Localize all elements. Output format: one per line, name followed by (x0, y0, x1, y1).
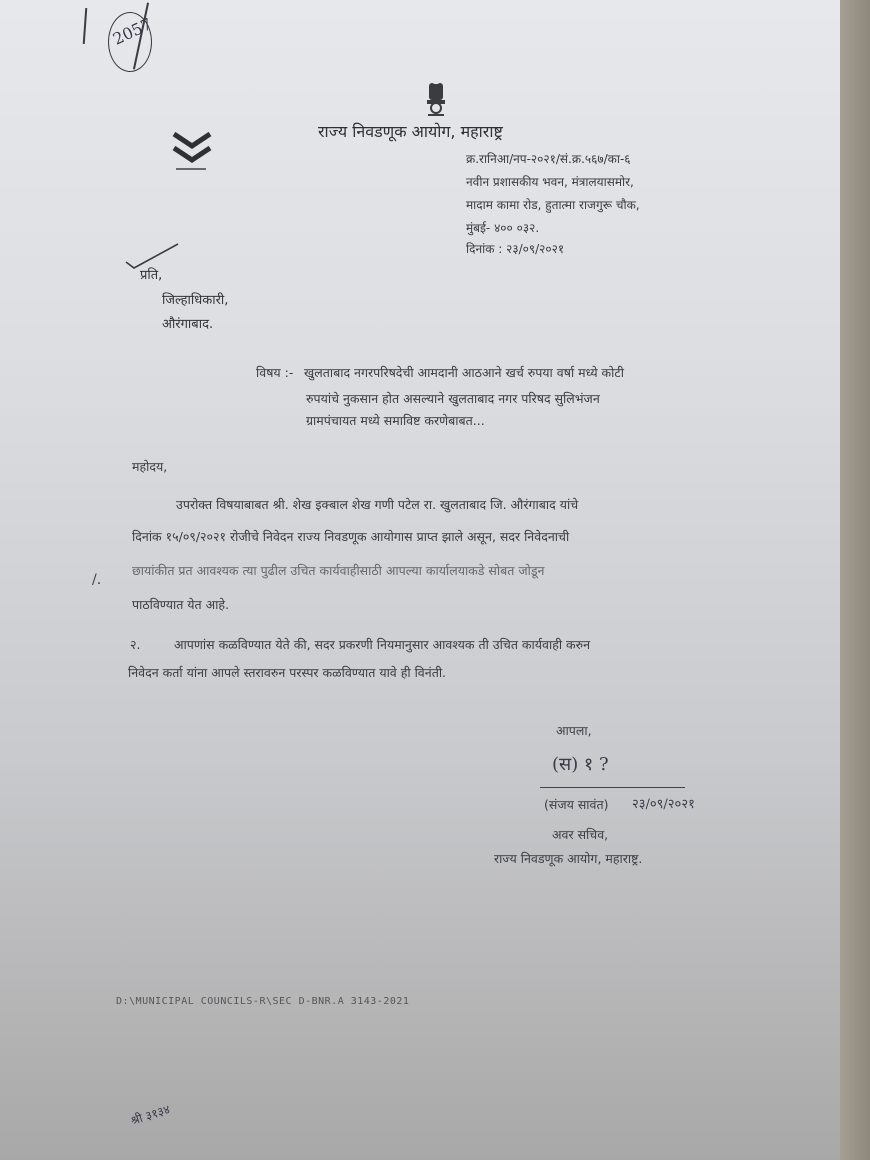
authority-title: राज्य निवडणूक आयोग, महाराष्ट्र (318, 120, 503, 142)
table-surface (840, 0, 870, 1160)
subject-label: विषय :- (256, 364, 293, 381)
recipient-prefix: प्रति, (140, 265, 162, 283)
paragraph-line: पाठविण्यात येत आहे. (132, 596, 229, 613)
recipient-designation: जिल्हाधिकारी, (162, 290, 228, 308)
salutation: महोदय, (132, 458, 167, 475)
signature: (स) १ ? (552, 752, 609, 776)
subject-line: ग्रामपंचायत मध्ये समाविष्ट करणेबाबत... (306, 412, 485, 429)
paragraph-number: २. (130, 636, 140, 653)
reference-number: क्र.रानिआ/नप-२०२१/सं.क्र.५६७/का-६ (466, 150, 631, 167)
national-emblem-icon (420, 80, 452, 120)
address-line: मुंबई- ४०० ०३२. (466, 219, 539, 236)
recipient-place: औरंगाबाद. (162, 314, 213, 332)
letter-page (0, 0, 848, 1160)
signatory-office: राज्य निवडणूक आयोग, महाराष्ट्र. (494, 850, 642, 867)
paragraph-line: आपणांस कळविण्यात येते की, सदर प्रकरणी नि… (174, 636, 590, 653)
signatory-name: (संजय सावंत) (544, 796, 608, 813)
signature-underline (540, 787, 685, 788)
handwritten-date: २३/०९/२०२१ (632, 794, 695, 812)
letter-date: दिनांक : २३/०९/२०२१ (466, 240, 564, 257)
subject-line: रुपयांचे नुकसान होत असल्याने खुलताबाद नग… (306, 390, 600, 407)
file-path-code: D:\MUNICIPAL COUNCILS-R\SEC D-BNR.A 3143… (116, 996, 409, 1007)
address-line: मादाम कामा रोड, हुतात्मा राजगुरू चौक, (466, 196, 640, 213)
margin-mark: /. (92, 572, 101, 588)
paragraph-line: उपरोक्त विषयाबाबत श्री. शेख इक्बाल शेख ग… (176, 496, 578, 513)
paragraph-line: छायांकीत प्रत आवश्यक त्या पुढील उचित कार… (132, 562, 545, 579)
closing: आपला, (556, 722, 592, 739)
commission-logo-icon (170, 128, 220, 176)
subject-line: खुलताबाद नगरपरिषदेची आमदानी आठआने खर्च र… (304, 364, 624, 381)
paragraph-line: दिनांक १५/०९/२०२१ रोजीचे निवेदन राज्य नि… (132, 528, 569, 545)
paragraph-line: निवेदन कर्ता यांना आपले स्तरावरुन परस्पर… (128, 664, 446, 681)
address-line: नवीन प्रशासकीय भवन, मंत्रालयासमोर, (466, 173, 634, 190)
signatory-designation: अवर सचिव, (552, 826, 608, 843)
